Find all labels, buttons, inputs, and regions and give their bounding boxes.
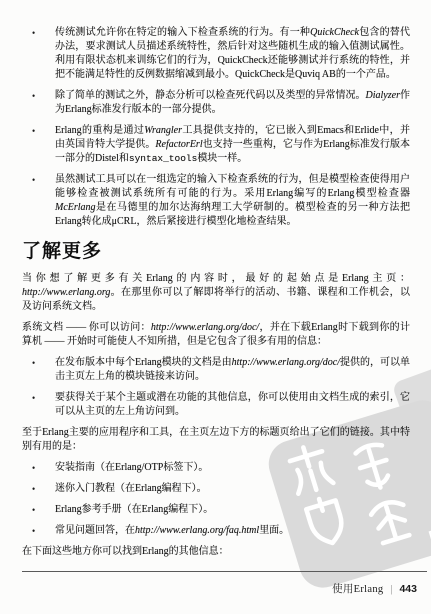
text-segment: http://www.erlang.org/faq.html: [135, 525, 259, 536]
list-item: • 在发布版本中每个Erlang模块的文档是由http://www.erlang…: [22, 356, 410, 384]
text-segment: Erlang的重构是通过: [55, 125, 144, 136]
bullet-marker: •: [22, 89, 55, 117]
footer-page-number: 443: [399, 583, 417, 595]
text-segment: 要获得关于某个主题或潜在功能的其他信息，你可以使用由文档生成的索引，它可以从主页…: [55, 392, 410, 417]
bullet-text: 安装指南（在Erlang/OTP标签下）。: [55, 461, 410, 475]
bullet-marker: •: [22, 173, 55, 229]
text-segment: 迷你入门教程（在Erlang编程下）。: [55, 483, 207, 494]
bullet-text: 传统测试允许你在特定的输入下检查系统的行为。有一种QuickCheck包含的替代…: [55, 26, 410, 82]
footer-chapter-title: 使用Erlang: [332, 584, 383, 595]
book-page: PDG • 传统测试允许你在特定的输入下检查系统的行为。有一种QuickChec…: [0, 0, 431, 614]
text-segment: syntax_tools: [129, 153, 197, 164]
text-segment: Wrangler: [144, 125, 182, 136]
bullet-text: Erlang参考手册（在Erlang编程下）。: [55, 503, 410, 517]
text-segment: 安装指南（在Erlang/OTP标签下）。: [55, 462, 208, 473]
text-segment: 在下面这些地方你可以找到Erlang的其他信息：: [22, 546, 229, 557]
watermark-pdg-label: PDG: [427, 519, 431, 543]
bullet-marker: •: [22, 461, 55, 475]
bullet-marker: •: [22, 524, 55, 538]
text-segment: 当你想了解更多有关Erlang的内容时，最好的起始点是Erlang主页：: [22, 273, 410, 284]
page-content: • 传统测试允许你在特定的输入下检查系统的行为。有一种QuickCheck包含的…: [22, 26, 410, 559]
text-segment: http://www.erlang.org/doc/: [232, 357, 340, 368]
bullet-marker: •: [22, 482, 55, 496]
text-segment: http://www.erlang.org/doc/: [151, 322, 259, 333]
text-segment: QuickCheck: [310, 27, 359, 38]
text-segment: 常见问题回答，在: [55, 525, 135, 536]
text-segment: http://www.erlang.org: [22, 287, 110, 298]
text-segment: McErlang: [55, 202, 96, 213]
text-segment: 虽然测试工具可以在一组选定的输入下检查系统的行为，但是模型检查使得用户能够检查被…: [55, 174, 410, 199]
text-segment: 除了简单的测试之外，静态分析可以检查死代码以及类型的异常情况。: [55, 90, 366, 101]
list-item: • Erlang参考手册（在Erlang编程下）。: [22, 503, 410, 517]
bullet-text: 在发布版本中每个Erlang模块的文档是由http://www.erlang.o…: [55, 356, 410, 384]
list-item: • 虽然测试工具可以在一组选定的输入下检查系统的行为，但是模型检查使得用户能够检…: [22, 173, 410, 229]
list-item: • 常见问题回答，在http://www.erlang.org/faq.html…: [22, 524, 410, 538]
text-segment: 传统测试允许你在特定的输入下检查系统的行为。有一种: [55, 27, 310, 38]
paragraph: 至于Erlang主要的应用程序和工具，在主页左边下方的标题页给出了它们的链接。其…: [22, 426, 410, 454]
text-segment: Dialyzer: [366, 90, 400, 101]
bullet-text: 常见问题回答，在http://www.erlang.org/faq.html里面…: [55, 524, 410, 538]
text-segment: RefactorErl: [155, 139, 202, 150]
text-segment: 是在马德里的加尔达海纳理工大学研制的。模型检查的另一种方法把Erlang转化成μ…: [55, 202, 410, 227]
text-segment: Erlang参考手册（在Erlang编程下）。: [55, 504, 213, 515]
tools-bullet-list: • 传统测试允许你在特定的输入下检查系统的行为。有一种QuickCheck包含的…: [22, 26, 410, 229]
documentation-bullet-list: • 在发布版本中每个Erlang模块的文档是由http://www.erlang…: [22, 356, 410, 419]
text-segment: 至于Erlang主要的应用程序和工具，在主页左边下方的标题页给出了它们的链接。其…: [22, 427, 410, 452]
bullet-marker: •: [22, 391, 55, 419]
useful-links-bullet-list: • 安装指南（在Erlang/OTP标签下）。 • 迷你入门教程（在Erlang…: [22, 461, 410, 538]
bullet-marker: •: [22, 503, 55, 517]
bullet-marker: •: [22, 26, 55, 82]
paragraph: 当你想了解更多有关Erlang的内容时，最好的起始点是Erlang主页：http…: [22, 272, 410, 314]
bullet-text: 除了简单的测试之外，静态分析可以检查死代码以及类型的异常情况。Dialyzer作…: [55, 89, 410, 117]
text-segment: 模块一样。: [197, 153, 247, 164]
bullet-marker: •: [22, 356, 55, 384]
list-item: • 要获得关于某个主题或潜在功能的其他信息，你可以使用由文档生成的索引，它可以从…: [22, 391, 410, 419]
list-item: • 安装指南（在Erlang/OTP标签下）。: [22, 461, 410, 475]
bullet-text: 迷你入门教程（在Erlang编程下）。: [55, 482, 410, 496]
bullet-marker: •: [22, 124, 55, 166]
text-segment: 系统文档 —— 你可以访问：: [22, 322, 151, 333]
section-heading: 了解更多: [22, 240, 410, 264]
list-item: • 传统测试允许你在特定的输入下检查系统的行为。有一种QuickCheck包含的…: [22, 26, 410, 82]
footer-separator: |: [390, 584, 392, 595]
bullet-text: 虽然测试工具可以在一组选定的输入下检查系统的行为，但是模型检查使得用户能够检查被…: [55, 173, 410, 229]
list-item: • 除了简单的测试之外，静态分析可以检查死代码以及类型的异常情况。Dialyze…: [22, 89, 410, 117]
text-segment: 里面。: [259, 525, 289, 536]
list-item: • 迷你入门教程（在Erlang编程下）。: [22, 482, 410, 496]
bullet-text: 要获得关于某个主题或潜在功能的其他信息，你可以使用由文档生成的索引，它可以从主页…: [55, 391, 410, 419]
list-item: • Erlang的重构是通过Wrangler工具提供支持的，它已嵌入到Emacs…: [22, 124, 410, 166]
page-footer: 使用Erlang|443: [22, 571, 427, 596]
bullet-text: Erlang的重构是通过Wrangler工具提供支持的，它已嵌入到Emacs和E…: [55, 124, 410, 166]
text-segment: 在发布版本中每个Erlang模块的文档是由: [55, 357, 232, 368]
paragraph: 系统文档 —— 你可以访问：http://www.erlang.org/doc/…: [22, 321, 410, 349]
paragraph: 在下面这些地方你可以找到Erlang的其他信息：: [22, 545, 410, 559]
